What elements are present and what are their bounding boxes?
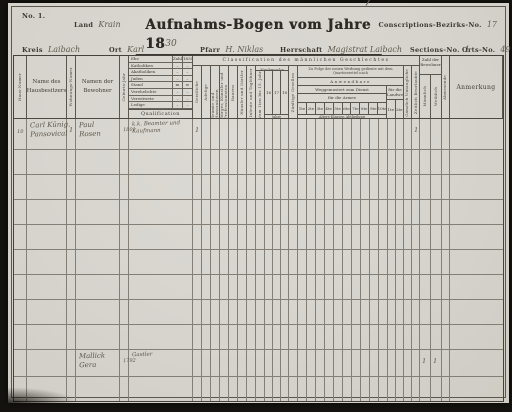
table-cell [289, 377, 298, 401]
table-cell [220, 119, 229, 149]
table-cell [120, 250, 129, 274]
table-cell [396, 225, 404, 249]
table-row [14, 325, 503, 350]
table-cell [298, 225, 307, 249]
table-cell [370, 350, 379, 376]
stand-row: Verwitwete–– [129, 96, 192, 103]
table-cell [307, 175, 316, 199]
table-cell [307, 250, 316, 274]
table-cell [388, 275, 396, 299]
table-cell [281, 275, 289, 299]
table-cell [334, 175, 343, 199]
handwritten-entry: Gastler [129, 350, 153, 359]
table-cell [273, 225, 281, 249]
table-cell [220, 350, 229, 376]
table-cell [14, 175, 27, 199]
table-row: MallickGera1792Gastler11 [14, 350, 503, 377]
table-cell [120, 300, 129, 324]
table-cell [361, 275, 370, 299]
table-cell [325, 377, 334, 401]
table-cell [352, 150, 361, 174]
col-header-landwehr: 1te [387, 100, 396, 118]
table-cell [193, 300, 202, 324]
scanned-document: No. 1. Land Krain Aufnahms-Bogen vom Jah… [0, 0, 512, 412]
table-cell [238, 150, 247, 174]
table-cell [273, 300, 281, 324]
herrschaft-field: Herrschaft Magistrat Laibach [280, 37, 402, 56]
col-header-beurlaubt: Zeitlich Beurlaubte [412, 66, 420, 118]
table-cell [273, 275, 281, 299]
table-cell: 1 [67, 119, 76, 149]
table-cell [404, 225, 412, 249]
col-header-bis15: Vom 1ten bis 15. Jahr [256, 71, 265, 118]
table-cell [388, 150, 396, 174]
table-cell [256, 250, 265, 274]
table-cell [220, 377, 229, 401]
table-cell [370, 300, 379, 324]
table-row [14, 377, 503, 401]
table-cell [379, 175, 388, 199]
table-cell [256, 150, 265, 174]
table-cell [193, 325, 202, 349]
stand-row: Ledige–– [129, 102, 192, 109]
table-cell [193, 350, 202, 376]
table-cell [238, 300, 247, 324]
table-cell [120, 325, 129, 349]
conscription-value: 17 [487, 20, 497, 29]
table-cell [316, 300, 325, 324]
stand-row-v1: – [172, 96, 182, 102]
table-cell [325, 300, 334, 324]
table-cell [211, 250, 220, 274]
table-cell [420, 119, 431, 149]
table-cell [334, 150, 343, 174]
table-cell [450, 377, 503, 401]
table-cell [298, 200, 307, 224]
table-cell [76, 377, 120, 401]
table-cell [247, 150, 256, 174]
table-cell [14, 377, 27, 401]
table-cell [256, 377, 265, 401]
table-cell [281, 175, 289, 199]
table-cell [247, 200, 256, 224]
census-table: Haus-Numer Name des Hausbesitzers Wohnun… [13, 55, 504, 402]
land-label: Land [74, 21, 93, 29]
table-cell [273, 250, 281, 274]
table-cell [343, 377, 352, 401]
paper-sheet: No. 1. Land Krain Aufnahms-Bogen vom Jah… [8, 3, 509, 403]
col-header-age-class: 8te [360, 103, 369, 114]
table-cell [220, 200, 229, 224]
table-cell [67, 225, 76, 249]
table-cell [27, 150, 67, 174]
table-cell [256, 175, 265, 199]
table-cell [289, 300, 298, 324]
table-cell [334, 300, 343, 324]
table-cell [396, 350, 404, 376]
religion-row: Akatholiken–– [129, 69, 192, 76]
table-row [14, 250, 503, 275]
table-cell [442, 350, 450, 376]
table-cell [281, 350, 289, 376]
table-cell [229, 119, 238, 149]
col-header-year: 17 [273, 71, 281, 114]
anwendbare-title: Anwendbare [298, 78, 403, 86]
table-cell [450, 175, 503, 199]
table-cell [202, 350, 211, 376]
col-header-bewohner-count-label: Weiblich [434, 87, 438, 106]
table-row [14, 225, 503, 250]
table-cell: 1 [412, 119, 420, 149]
table-cell [431, 300, 442, 324]
table-cell [129, 150, 193, 174]
table-cell [298, 325, 307, 349]
table-cell [220, 325, 229, 349]
table-cell [211, 225, 220, 249]
table-cell [334, 275, 343, 299]
classification-title: Classification des männlichen Geschlecht… [193, 56, 419, 66]
table-cell [202, 377, 211, 401]
form-header-row-2: Kreis Laibach Ort Karl Pfarr H. Niklas H… [12, 33, 505, 51]
table-cell [265, 275, 273, 299]
table-cell [129, 275, 193, 299]
conscription-field: Conscriptions-Bezirks-No. 17 [379, 12, 497, 31]
table-cell [388, 350, 396, 376]
table-cell [420, 200, 431, 224]
table-cell [361, 200, 370, 224]
col-header-bewohner-count: Weiblich [431, 75, 441, 118]
table-cell [211, 150, 220, 174]
table-cell [289, 275, 298, 299]
col-header-age-class: 7te [351, 103, 360, 114]
table-cell [76, 150, 120, 174]
table-cell [76, 325, 120, 349]
handwritten-entry: MallickGera [76, 350, 106, 370]
table-cell: 1 [420, 350, 431, 376]
col-header-class-label: Bauern [231, 85, 235, 101]
table-cell [370, 325, 379, 349]
table-cell [298, 175, 307, 199]
table-row [14, 200, 503, 225]
table-cell [120, 377, 129, 401]
table-cell [442, 275, 450, 299]
sheet-number: No. 1. [22, 12, 45, 20]
table-cell [396, 377, 404, 401]
table-cell [412, 300, 420, 324]
table-cell [325, 150, 334, 174]
stand-summary: StandmwVerehelichte––Verwitwete––Ledige–… [129, 82, 192, 108]
table-cell [307, 225, 316, 249]
col-header-class-label: Beamte und Honoratioren [211, 66, 219, 118]
table-cell [404, 325, 412, 349]
table-cell [211, 300, 220, 324]
table-cell [412, 225, 420, 249]
table-cell [396, 119, 404, 149]
table-cell [343, 275, 352, 299]
table-cell [202, 275, 211, 299]
table-cell [265, 377, 273, 401]
table-cell [404, 350, 412, 376]
table-cell [316, 175, 325, 199]
table-cell [211, 175, 220, 199]
col-header-bewohner-count-label: Männlich [423, 86, 427, 107]
table-cell [14, 275, 27, 299]
col-header-gesellen: Zünftige Gesellen [289, 66, 298, 118]
table-cell [220, 225, 229, 249]
table-cell [379, 225, 388, 249]
table-cell [379, 150, 388, 174]
table-cell [352, 275, 361, 299]
col-header-bewohner-count: Männlich [420, 75, 431, 118]
religion-row: Katholiken–– [129, 63, 192, 70]
table-cell [450, 225, 503, 249]
table-cell [420, 175, 431, 199]
table-cell [238, 250, 247, 274]
table-cell [316, 275, 325, 299]
table-cell [289, 350, 298, 376]
table-cell [343, 119, 352, 149]
table-cell [361, 300, 370, 324]
table-cell [361, 119, 370, 149]
table-cell [289, 225, 298, 249]
table-cell: 1801 [120, 119, 129, 149]
class-columns: GeistlicheAdeligeBeamte und Honoratioren… [193, 66, 256, 118]
table-cell [361, 350, 370, 376]
table-cell [67, 275, 76, 299]
religion-row-v2: – [182, 76, 192, 82]
table-cell [325, 175, 334, 199]
table-cell [388, 200, 396, 224]
table-cell [404, 300, 412, 324]
table-cell [431, 150, 442, 174]
table-cell [289, 325, 298, 349]
table-cell [76, 275, 120, 299]
table-cell [289, 250, 298, 274]
table-cell [388, 175, 396, 199]
handwritten-entry: 1 [193, 119, 200, 134]
table-cell [379, 200, 388, 224]
religion-row: Juden–– [129, 76, 192, 83]
table-cell [247, 119, 256, 149]
table-cell [420, 225, 431, 249]
handwritten-entry: 10 [14, 119, 24, 135]
table-cell [265, 150, 273, 174]
table-row [14, 300, 503, 325]
table-cell [229, 350, 238, 376]
table-cell [27, 325, 67, 349]
stand-row-label: Ledige [129, 102, 172, 108]
table-body: 10Carl Künig.Pansovical1PaulRosen1801k.k… [14, 119, 503, 401]
table-cell [76, 175, 120, 199]
col-header-haus-numer: Haus-Numer [14, 56, 27, 118]
table-cell [370, 225, 379, 249]
table-cell [334, 250, 343, 274]
table-cell [412, 250, 420, 274]
table-cell [256, 275, 265, 299]
handwritten-entry: 1 [67, 119, 74, 134]
male-classification-group: Classification des männlichen Geschlecht… [193, 56, 420, 118]
table-cell [14, 350, 27, 376]
nachwuchs-unit: Jahre [265, 114, 288, 118]
table-cell [211, 119, 220, 149]
table-cell [379, 250, 388, 274]
table-cell [370, 175, 379, 199]
col-header-untauglich: Gänzlich Untaugliche [404, 66, 412, 118]
table-cell: 1 [193, 119, 202, 149]
table-cell [412, 377, 420, 401]
table-cell [67, 200, 76, 224]
table-cell [247, 275, 256, 299]
col-header-class: Bauern [229, 66, 238, 118]
table-cell: 1 [431, 350, 442, 376]
col-header-age-class: 4te [325, 103, 334, 114]
stand-row-v2: – [182, 89, 192, 95]
table-cell [431, 119, 442, 149]
table-cell [273, 350, 281, 376]
table-cell [388, 325, 396, 349]
table-cell [129, 175, 193, 199]
table-cell [370, 275, 379, 299]
stand-row-v1: – [172, 102, 182, 108]
kreis-field: Kreis Laibach [22, 37, 80, 56]
table-cell [370, 119, 379, 149]
religion-header-v2: 1830 [182, 56, 192, 62]
table-cell [307, 377, 316, 401]
table-cell [220, 275, 229, 299]
table-cell [265, 119, 273, 149]
table-cell [202, 300, 211, 324]
col-header-bewohner: Namen der Bewohner [76, 56, 120, 118]
col-header-geburtsjahr: Geburts-Jahr [120, 56, 129, 118]
pfarr-field: Pfarr H. Niklas [200, 37, 263, 56]
table-cell [238, 325, 247, 349]
table-cell [273, 175, 281, 199]
religion-row-label: Akatholiken [129, 69, 172, 75]
handwritten-entry: k.k. Beamter undKaufmann [129, 118, 181, 135]
table-cell [193, 150, 202, 174]
table-cell [307, 350, 316, 376]
stand-row-v2: – [182, 102, 192, 108]
qualification-label: Qualification [129, 109, 192, 118]
conscription-label: Conscriptions-Bezirks-No. [379, 21, 482, 29]
col-header-class: Häusler und Gärtler [238, 66, 247, 118]
bewohnerzahl-title: Zahl der Bewohner [420, 56, 441, 75]
table-row: 10Carl Künig.Pansovical1PaulRosen1801k.k… [14, 119, 503, 150]
table-cell [370, 377, 379, 401]
table-cell [202, 225, 211, 249]
table-cell [211, 350, 220, 376]
table-cell [273, 325, 281, 349]
table-cell [247, 377, 256, 401]
landwehr-columns: 1te2te [387, 100, 403, 118]
table-cell [76, 200, 120, 224]
handwritten-entry: 1 [431, 350, 438, 365]
table-cell [256, 200, 265, 224]
table-cell [431, 225, 442, 249]
pen-stroke-mark [366, 0, 375, 6]
table-cell [352, 350, 361, 376]
table-cell [281, 300, 289, 324]
table-cell [14, 300, 27, 324]
table-cell [396, 275, 404, 299]
table-cell [27, 300, 67, 324]
table-cell [238, 377, 247, 401]
table-cell [129, 250, 193, 274]
col-header-age-class: 3te [316, 103, 325, 114]
table-cell [76, 225, 120, 249]
table-cell [412, 350, 420, 376]
table-cell [129, 300, 193, 324]
table-cell [431, 325, 442, 349]
table-cell [325, 250, 334, 274]
table-cell [273, 377, 281, 401]
table-cell [442, 150, 450, 174]
table-cell [298, 250, 307, 274]
table-cell [334, 377, 343, 401]
table-cell [396, 325, 404, 349]
form-border: No. 1. Land Krain Aufnahms-Bogen vom Jah… [11, 6, 506, 398]
table-cell [412, 325, 420, 349]
table-cell [202, 200, 211, 224]
table-cell [379, 300, 388, 324]
table-cell [370, 200, 379, 224]
table-cell [273, 150, 281, 174]
col-header-abwesend: Abwesende [442, 56, 450, 118]
table-cell [352, 300, 361, 324]
table-cell [27, 377, 67, 401]
stand-row: Verehelichte–– [129, 89, 192, 96]
col-header-hausbesitzer: Name des Hausbesitzers [27, 56, 67, 118]
table-cell [281, 119, 289, 149]
table-cell [14, 325, 27, 349]
col-header-age-class: 6te [343, 103, 352, 114]
table-header: Haus-Numer Name des Hausbesitzers Wohnun… [14, 56, 503, 119]
stand-row-label: Verehelichte [129, 89, 172, 95]
table-cell [247, 225, 256, 249]
table-cell [14, 150, 27, 174]
stand-header: Standmw [129, 82, 192, 89]
stand-row-v2: – [182, 96, 192, 102]
table-cell [120, 275, 129, 299]
table-cell [316, 350, 325, 376]
col-header-landwehr: 2te [396, 100, 404, 118]
stand-header-v1: m [172, 82, 182, 88]
table-cell [220, 175, 229, 199]
age-class-unit: Alters-Klassen Abtheilung [298, 114, 386, 118]
table-cell [343, 250, 352, 274]
table-cell [211, 325, 220, 349]
table-cell [420, 377, 431, 401]
table-cell [238, 225, 247, 249]
table-cell [334, 325, 343, 349]
table-cell [361, 325, 370, 349]
table-cell [396, 150, 404, 174]
bewohnerzahl-group: Zahl der Bewohner MännlichWeiblich [420, 56, 442, 118]
table-cell [396, 300, 404, 324]
table-cell [229, 377, 238, 401]
table-cell [450, 350, 503, 376]
orts-no-field: Orts-No. 49 [462, 37, 511, 56]
table-cell [265, 175, 273, 199]
table-cell [76, 250, 120, 274]
religion-row-v1: – [172, 76, 182, 82]
religion-row-v1: – [172, 69, 182, 75]
table-cell [343, 300, 352, 324]
table-cell [220, 300, 229, 324]
table-cell [404, 377, 412, 401]
col-header-year: 16 [265, 71, 273, 114]
table-cell: Carl Künig.Pansovical [27, 119, 67, 149]
